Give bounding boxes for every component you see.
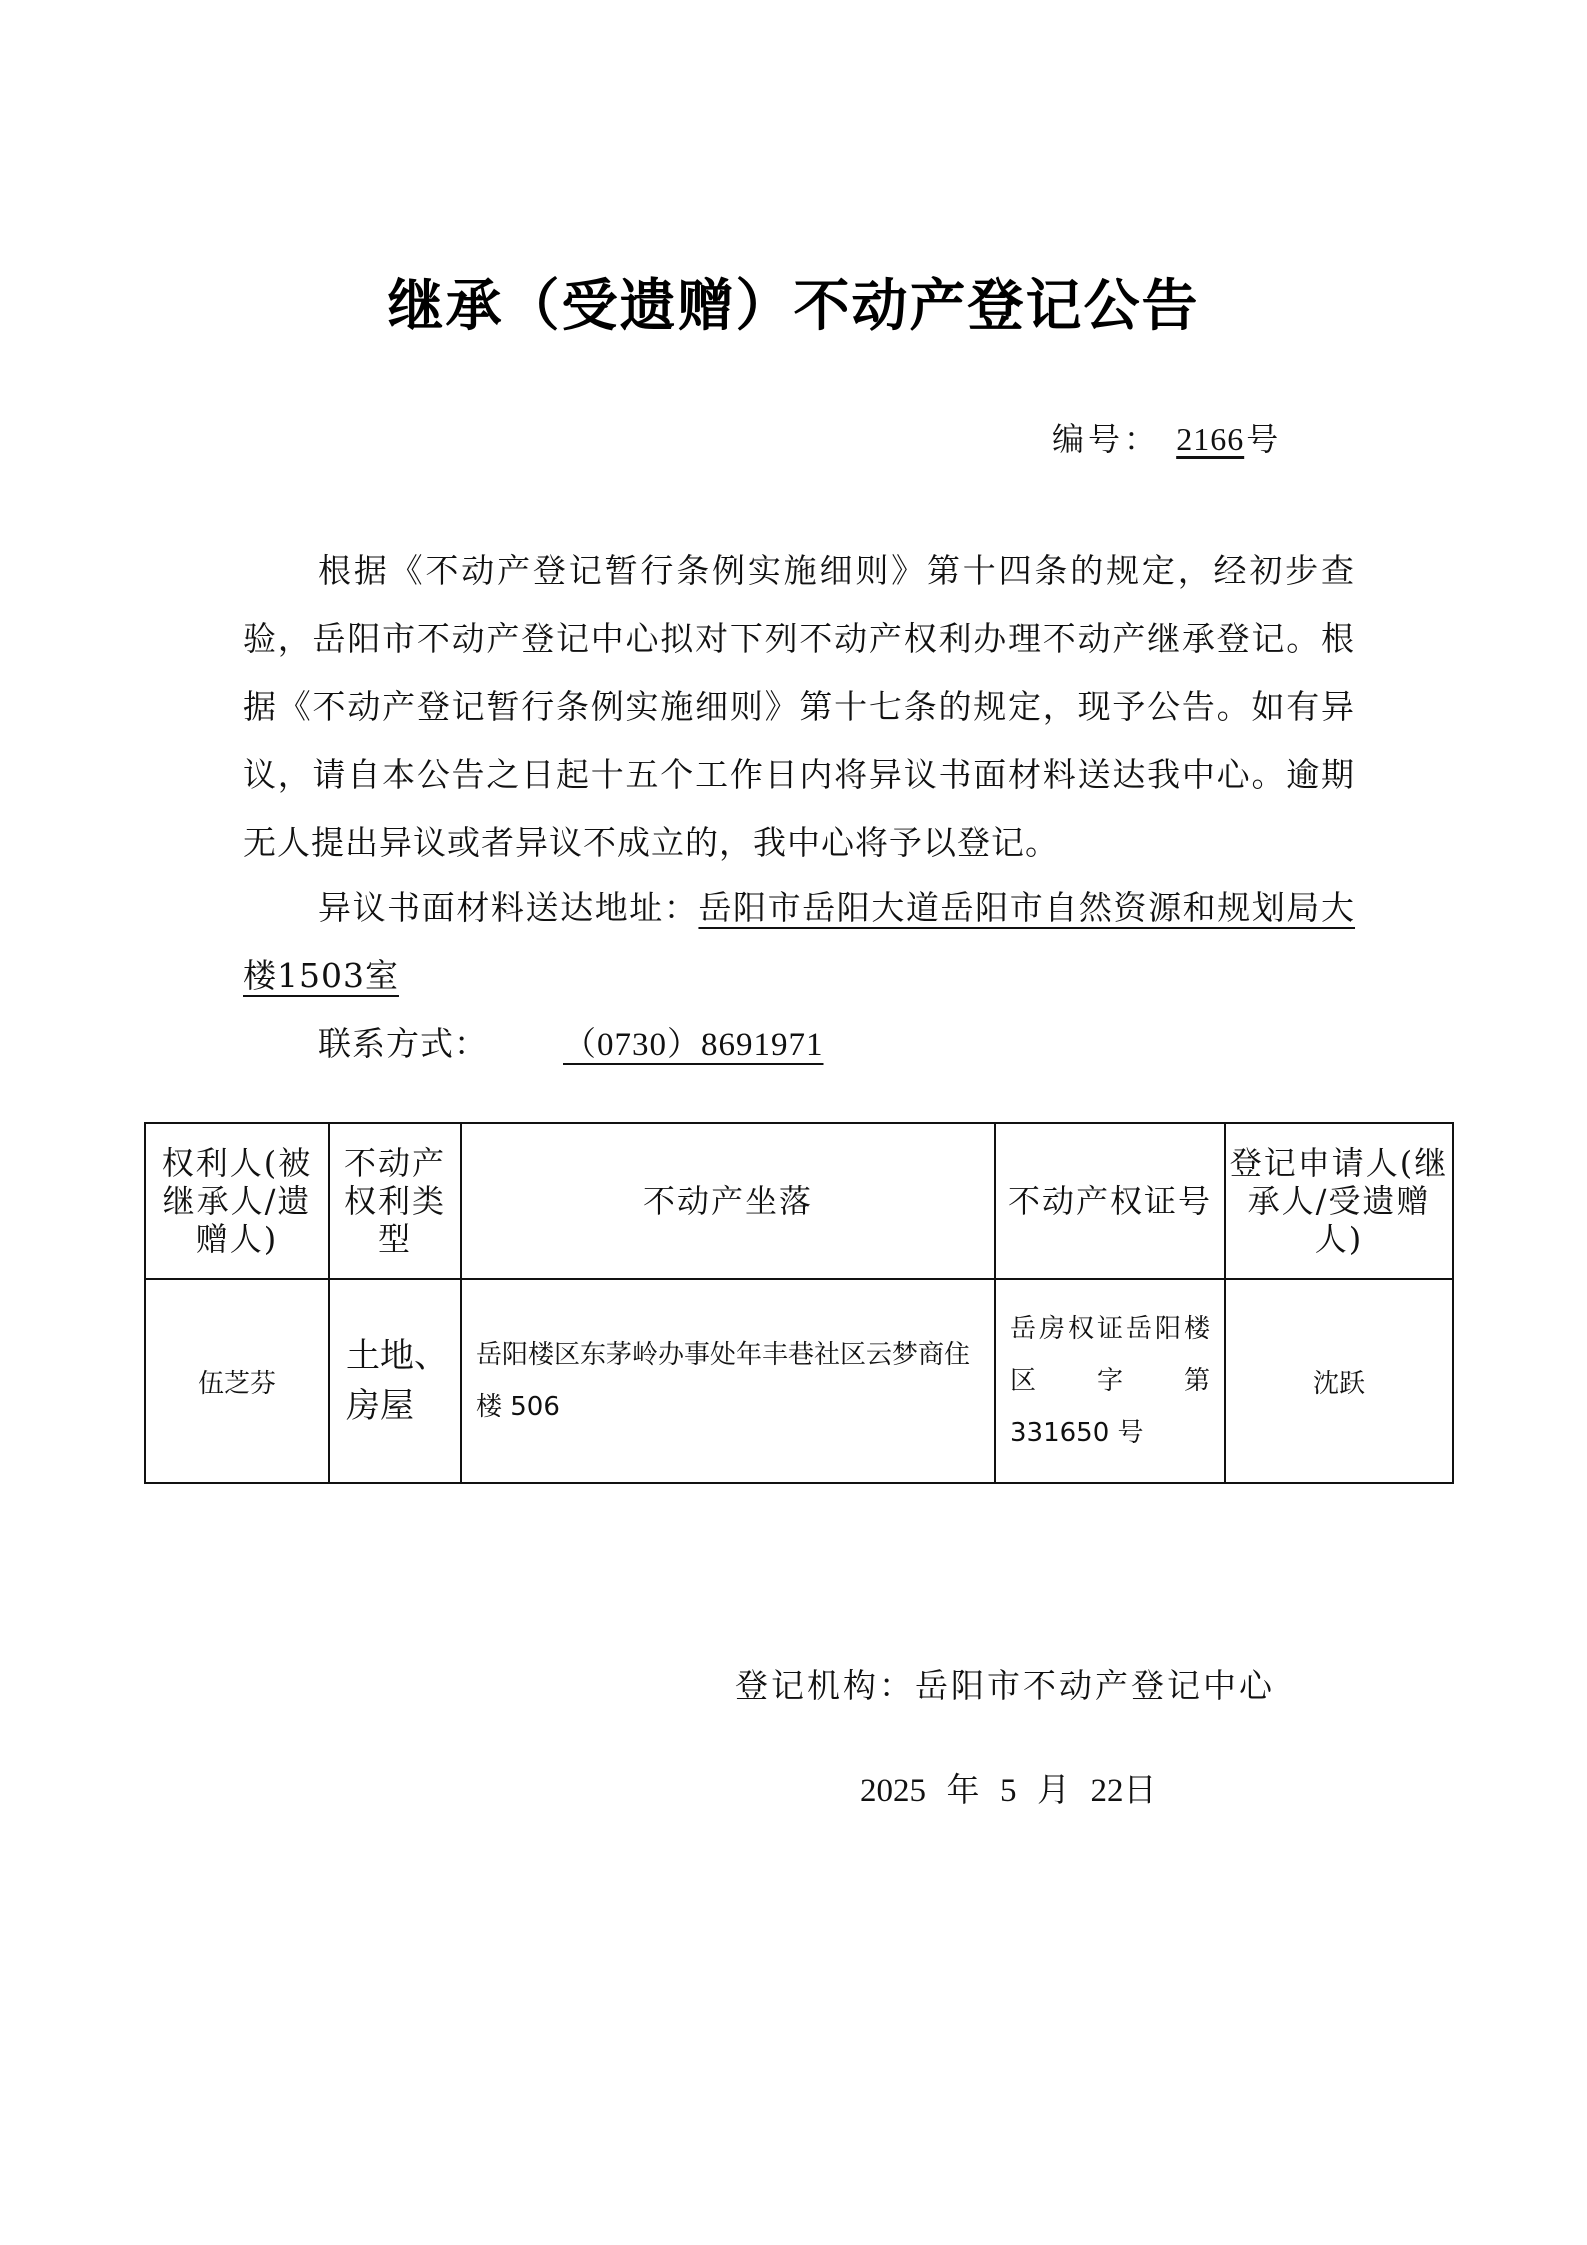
header-location: 不动产坐落 (461, 1123, 995, 1279)
contact-info: 联系方式：（0730）8691971 (243, 1010, 1355, 1079)
date-day-unit: 日 (1124, 1770, 1157, 1809)
cell-certificate-no: 岳房权证岳阳楼区 字 第 331650 号 (995, 1279, 1225, 1483)
header-right-type: 不动产权利类型 (329, 1123, 461, 1279)
date-year-unit: 年 (947, 1770, 980, 1809)
document-number: 编号： 2166号 (1052, 414, 1282, 460)
date-year: 2025 (860, 1773, 926, 1809)
notice-body-paragraph: 根据《不动产登记暂行条例实施细则》第十四条的规定，经初步查验，岳阳市不动产登记中… (243, 537, 1355, 877)
cell-right-type: 土地、房屋 (329, 1279, 461, 1483)
document-number-suffix: 号 (1246, 420, 1282, 458)
contact-label: 联系方式： (318, 1024, 488, 1063)
authority-label: 登记机构： (735, 1666, 915, 1705)
registration-table: 权利人(被继承人/遗赠人) 不动产权利类型 不动产坐落 不动产权证号 登记申请人… (144, 1122, 1454, 1484)
authority-value: 岳阳市不动产登记中心 (915, 1666, 1275, 1705)
header-owner: 权利人(被继承人/遗赠人) (145, 1123, 329, 1279)
table-row: 伍芝芬 土地、房屋 岳阳楼区东茅岭办事处年丰巷社区云梦商住楼 506 岳房权证岳… (145, 1279, 1453, 1483)
cell-owner: 伍芝芬 (145, 1279, 329, 1483)
date-day: 22 (1091, 1773, 1124, 1809)
notice-date: 2025 年 5 月 22日 (860, 1764, 1157, 1811)
header-certificate-no: 不动产权证号 (995, 1123, 1225, 1279)
page-title: 继承（受遗赠）不动产登记公告 (0, 262, 1587, 342)
header-applicant: 登记申请人(继承人/受遗赠人) (1225, 1123, 1453, 1279)
objection-address-label: 异议书面材料送达地址： (318, 888, 698, 927)
objection-address: 异议书面材料送达地址：岳阳市岳阳大道岳阳市自然资源和规划局大楼1503室 (243, 874, 1355, 1010)
document-number-value: 2166 (1174, 421, 1246, 457)
date-month-unit: 月 (1037, 1770, 1070, 1809)
registration-authority: 登记机构：岳阳市不动产登记中心 (735, 1660, 1275, 1707)
date-month: 5 (1000, 1773, 1017, 1809)
document-number-label: 编号： (1052, 420, 1160, 458)
cell-applicant: 沈跃 (1225, 1279, 1453, 1483)
cell-location: 岳阳楼区东茅岭办事处年丰巷社区云梦商住楼 506 (461, 1279, 995, 1483)
table-header-row: 权利人(被继承人/遗赠人) 不动产权利类型 不动产坐落 不动产权证号 登记申请人… (145, 1123, 1453, 1279)
contact-value: （0730）8691971 (488, 1011, 824, 1079)
